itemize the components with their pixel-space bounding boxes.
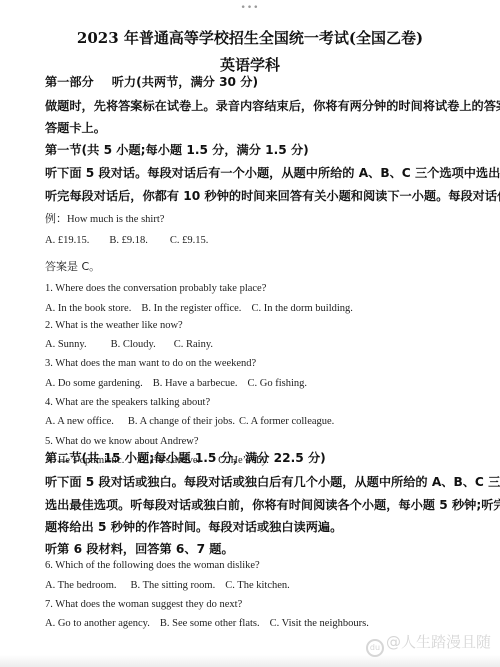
question-4-options: A. A new office.B. A change of their job… xyxy=(45,416,334,427)
question-6: 6. Which of the following does the woman… xyxy=(45,560,260,571)
section2-instructions-1: 听下面 5 段对话或独白。每段对话或独白后有几个小题，从题中所给的 A、B、C … xyxy=(45,473,500,490)
question-3-options: A. Do some gardening.B. Have a barbecue.… xyxy=(45,378,307,389)
question-7: 7. What does the woman suggest they do n… xyxy=(45,599,242,610)
part1-heading: 第一部分听力(共两节，满分 30 分) xyxy=(45,73,258,90)
question-4: 4. What are the speakers talking about? xyxy=(45,397,210,408)
question-7-options: A. Go to another agency.B. See some othe… xyxy=(45,618,369,629)
question-5: 5. What do we know about Andrew? xyxy=(45,436,198,447)
page-indicator-dots: ••• xyxy=(0,3,500,13)
section2-instructions-2: 选出最佳选项。听每段对话或独白前，你将有时间阅读各个小题，每小题 5 秒钟;听完… xyxy=(45,496,500,513)
section1-instructions-1: 听下面 5 段对话。每段对话后有一个小题，从题中所给的 A、B、C 三个选项中选… xyxy=(45,164,500,181)
option-c: C. £9.15. xyxy=(170,235,209,246)
part1-instructions-1: 做题时，先将答案标在试卷上。录音内容结束后，你将有两分钟的时间将试卷上的答案转涂… xyxy=(45,97,500,114)
part1-label: 第一部分 xyxy=(45,75,94,89)
material-heading: 听第 6 段材料，回答第 6、7 题。 xyxy=(45,540,234,557)
section2-heading: 第二节(共 15 小题;每小题 1.5 分，满分 22.5 分) xyxy=(45,449,326,466)
exam-title: 2023 年普通高等学校招生全国统一考试(全国乙卷) xyxy=(0,27,500,48)
section2-instructions-3: 题将给出 5 秒钟的作答时间。每段对话或独白读两遍。 xyxy=(45,518,342,535)
question-1-options: A. In the book store.B. In the register … xyxy=(45,303,353,314)
part1-desc: 听力(共两节，满分 30 分) xyxy=(112,75,258,89)
exam-subject: 英语学科 xyxy=(0,54,500,75)
question-3: 3. What does the man want to do on the w… xyxy=(45,358,256,369)
option-b: B. £9.18. xyxy=(109,235,148,246)
section1-heading: 第一节(共 5 小题;每小题 1.5 分，满分 1.5 分) xyxy=(45,141,309,158)
part1-instructions-2: 答题卡上。 xyxy=(45,119,106,136)
question-2-options: A. Sunny.B. Cloudy.C. Rainy. xyxy=(45,339,213,350)
question-6-options: A. The bedroom.B. The sitting room.C. Th… xyxy=(45,580,290,591)
option-a: A. £19.15. xyxy=(45,235,89,246)
question-2: 2. What is the weather like now? xyxy=(45,320,183,331)
example-question: 例：How much is the shirt? xyxy=(45,210,164,226)
paw-icon: du xyxy=(366,639,384,657)
example-label: 例： xyxy=(45,212,67,225)
example-answer: 答案是 C。 xyxy=(45,258,100,274)
example-options: A. £19.15.B. £9.18.C. £9.15. xyxy=(45,235,208,246)
question-1: 1. Where does the conversation probably … xyxy=(45,283,266,294)
watermark: du@人生踏漫且随 xyxy=(366,631,491,657)
watermark-text: @人生踏漫且随 xyxy=(386,633,491,651)
section1-instructions-2: 听完每段对话后，你都有 10 秒钟的时间来回答有关小题和阅读下一小题。每段对话仅… xyxy=(45,187,500,204)
